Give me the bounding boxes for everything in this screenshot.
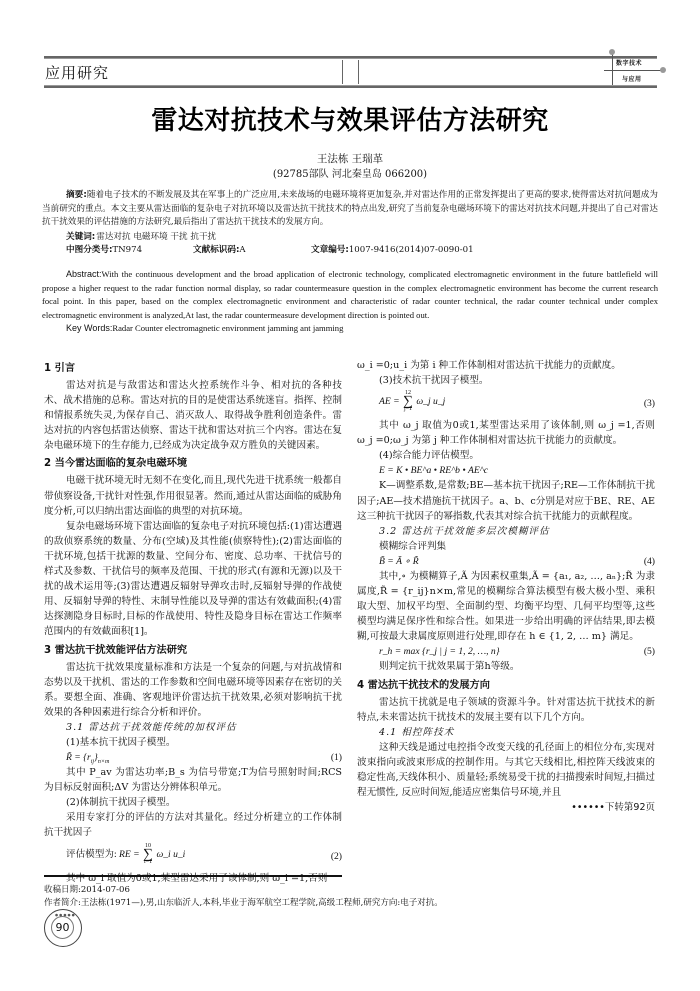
abstract-en-text: With the continuous development and the … (42, 269, 658, 320)
paragraph: K—调整系数,是常数;BE—基本抗干扰因子;RE—工作体制抗干扰因子;AE—技术… (357, 478, 655, 523)
equation-4a: E = K • BE^a • RE^b • AE^c (357, 463, 655, 478)
heading-section-3: 3 雷达抗干扰效能评估方法研究 (44, 642, 342, 659)
sum-upper: 12 (405, 386, 411, 401)
keywords-cn: 关键词:雷达对抗 电磁环境 干扰 抗干扰 (66, 230, 216, 242)
heading-subsection-4-1: 4.1 相控阵技术 (357, 725, 655, 740)
column-left: 1 引言 雷达对抗是与敌雷达和雷达火控系统作斗争、相对抗的各种技术、战术措施的总… (44, 358, 342, 886)
abstract-cn-text: 随着电子技术的不断发展及其在军事上的广泛应用,未来战场的电磁环境将更加复杂,并对… (42, 190, 658, 227)
sum-upper: 10 (145, 839, 151, 854)
heading-section-2: 2 当今雷达面临的复杂电磁环境 (44, 455, 342, 472)
journal-logo: 数字技术 与应用 (600, 47, 690, 89)
affiliation: (92785部队 河北秦皇岛 066200) (0, 165, 700, 180)
paragraph: 其中,∘ 为模糊算子,Ã 为因素权重集,Ã = {a₁, a₂, …, aₙ};… (357, 569, 655, 644)
list-item: (1)基本抗干扰因子模型。 (44, 735, 342, 750)
abstract-en: Abstract:With the continuous development… (42, 268, 658, 322)
paragraph: 雷达对抗是与敌雷达和雷达火控系统作斗争、相对抗的各种技术、战术措施的总称。雷达对… (44, 378, 342, 453)
equation-4-text: B̃ = Ã ∘ R̃ (379, 556, 419, 567)
keywords-en: Key Words:Radar Counter electromagnetic … (66, 323, 343, 333)
column-right: ω_i =0;u_i 为第 i 种工作体制相对雷达抗干扰能力的贡献度。 (3)技… (357, 358, 655, 815)
equation-2-lhs: RE = (119, 849, 140, 860)
equation-3: AE = ∑12j=1 ω_j u_j (3) (357, 388, 655, 418)
keywords-en-text: Radar Counter electromagnetic environmen… (112, 323, 343, 333)
section-label: 应用研究 (45, 62, 109, 83)
header-rule-bottom (44, 85, 657, 88)
abstract-cn: 摘要:随着电子技术的不断发展及其在军事上的广泛应用,未来战场的电磁环境将更加复杂… (42, 189, 658, 230)
list-item: (3)技术抗干扰因子模型。 (357, 373, 655, 388)
header-rule-top (44, 56, 657, 59)
equation-3-number: (3) (644, 396, 655, 411)
abstract-cn-label: 摘要: (66, 190, 87, 200)
list-item: (4)综合能力评估模型。 (357, 448, 655, 463)
keywords-cn-label: 关键词: (66, 232, 95, 242)
article-no-value: 1007-9416(2014)07-0090-01 (349, 245, 474, 255)
badge-emblem-icon: ● ● ● ● ● (55, 913, 75, 917)
equation-2-prefix: 评估模型为: (66, 849, 117, 860)
keywords-cn-text: 雷达对抗 电磁环境 干扰 抗干扰 (96, 232, 216, 242)
classification-row: 中图分类号:TN974 文献标识码:A 文章编号:1007-9416(2014)… (66, 243, 666, 255)
logo-dot-icon (609, 49, 615, 55)
paper-title: 雷达对抗技术与效果评估方法研究 (0, 100, 700, 137)
heading-subsection-3-2: 3.2 雷达抗干扰效能多层次模糊评估 (357, 524, 655, 539)
equation-4-number: (4) (644, 554, 655, 569)
equation-5-text: r_h = max {r_j | j = 1, 2, …, n} (379, 646, 500, 657)
doc-code-value: A (239, 245, 245, 255)
article-no-label: 文章编号: (311, 245, 349, 255)
paragraph: 雷达抗干扰效果度量标准和方法是一个复杂的问题,与对抗战情和态势以及干扰机、雷达的… (44, 660, 342, 720)
equation-1-lhs: R̃ = {r (66, 752, 91, 763)
logo-line1: 数字技术 (616, 58, 642, 67)
sigma-icon: ∑10i=1 (143, 847, 153, 862)
label: 模糊综合评判集 (357, 539, 655, 554)
page-number-badge: ● ● ● ● ● 90 (44, 909, 82, 947)
equation-2-number: (2) (331, 849, 342, 864)
equation-5: r_h = max {r_j | j = 1, 2, …, n} (5) (357, 644, 655, 659)
equation-5-number: (5) (644, 644, 655, 659)
paragraph: 电磁干扰环境无时无刻不在变化,而且,现代先进干扰系统一般都自带侦察设备,干扰针对… (44, 473, 342, 518)
sum-lower: i=1 (144, 855, 152, 870)
footnote-rule (44, 875, 342, 877)
paragraph: 雷达抗干扰就是电子领域的资源斗争。针对雷达抗干扰技术的新特点,未来雷达抗干扰技术… (357, 695, 655, 725)
equation-1: R̃ = {rij}n×m (1) (44, 750, 342, 765)
author-bio: 作者简介:王法栋(1971—),男,山东临沂人,本科,毕业于海军航空工程学院,高… (44, 896, 443, 908)
paragraph: 采用专家打分的评估的方法对其量化。经过分析建立的工作体制抗干扰因子 (44, 810, 342, 840)
paragraph: 复杂电磁场环境下雷达面临的复杂电子对抗环境包括:(1)雷达遭遇的敌侦察系统的数量… (44, 519, 342, 640)
authors: 王法栋 王瑞革 (0, 151, 700, 166)
doc-code-label: 文献标识码: (193, 245, 239, 255)
heading-section-4: 4 雷达抗干扰技术的发展方向 (357, 677, 655, 694)
equation-1-dims: n×m (98, 759, 109, 765)
header-divider-bars (340, 60, 360, 84)
logo-dot-icon (660, 67, 666, 73)
equation-3-lhs: AE = (379, 396, 400, 407)
equation-4a-text: E = K • BE^a • RE^b • AE^c (379, 465, 488, 476)
equation-3-term: ω_j u_j (416, 396, 445, 407)
paragraph-continued: ω_i =0;u_i 为第 i 种工作体制相对雷达抗干扰能力的贡献度。 (357, 358, 655, 373)
equation-1-number: (1) (331, 750, 342, 765)
received-date: 收稿日期:2014-07-06 (44, 883, 130, 895)
paragraph: 其中 ω_j 取值为0或1,某型雷达采用了该体制,则 ω_j =1,否则 ω_j… (357, 418, 655, 448)
sigma-icon: ∑12j=1 (403, 394, 413, 409)
heading-section-1: 1 引言 (44, 360, 342, 377)
clc-value: TN974 (112, 245, 142, 255)
equation-2: 评估模型为: RE = ∑10i=1 ω_i u_i (2) (44, 841, 342, 871)
keywords-en-label: Key Words: (66, 323, 112, 333)
page-number: 90 (45, 921, 80, 934)
paragraph: 这种天线是通过电控指令改变天线的孔径面上的相位分布,实现对波束指向或波束形成的控… (357, 740, 655, 800)
sum-lower: j=1 (404, 402, 412, 417)
continued-link[interactable]: ••••••下转第92页 (357, 800, 655, 815)
equation-4: B̃ = Ã ∘ R̃ (4) (357, 554, 655, 569)
abstract-en-label: Abstract: (66, 269, 102, 279)
heading-subsection-3-1: 3.1 雷达抗干扰效能传统的加权评估 (44, 720, 342, 735)
logo-line2: 与应用 (622, 74, 642, 83)
list-item: (2)体制抗干扰因子模型。 (44, 795, 342, 810)
paragraph: 其中 P_av 为雷达功率;B_s 为信号带宽;T为信号照射时间;RCS为目标反… (44, 765, 342, 795)
clc-label: 中图分类号: (66, 245, 112, 255)
equation-2-term: ω_i u_i (156, 849, 185, 860)
paragraph: 则判定抗干扰效果属于第h等级。 (357, 659, 655, 674)
